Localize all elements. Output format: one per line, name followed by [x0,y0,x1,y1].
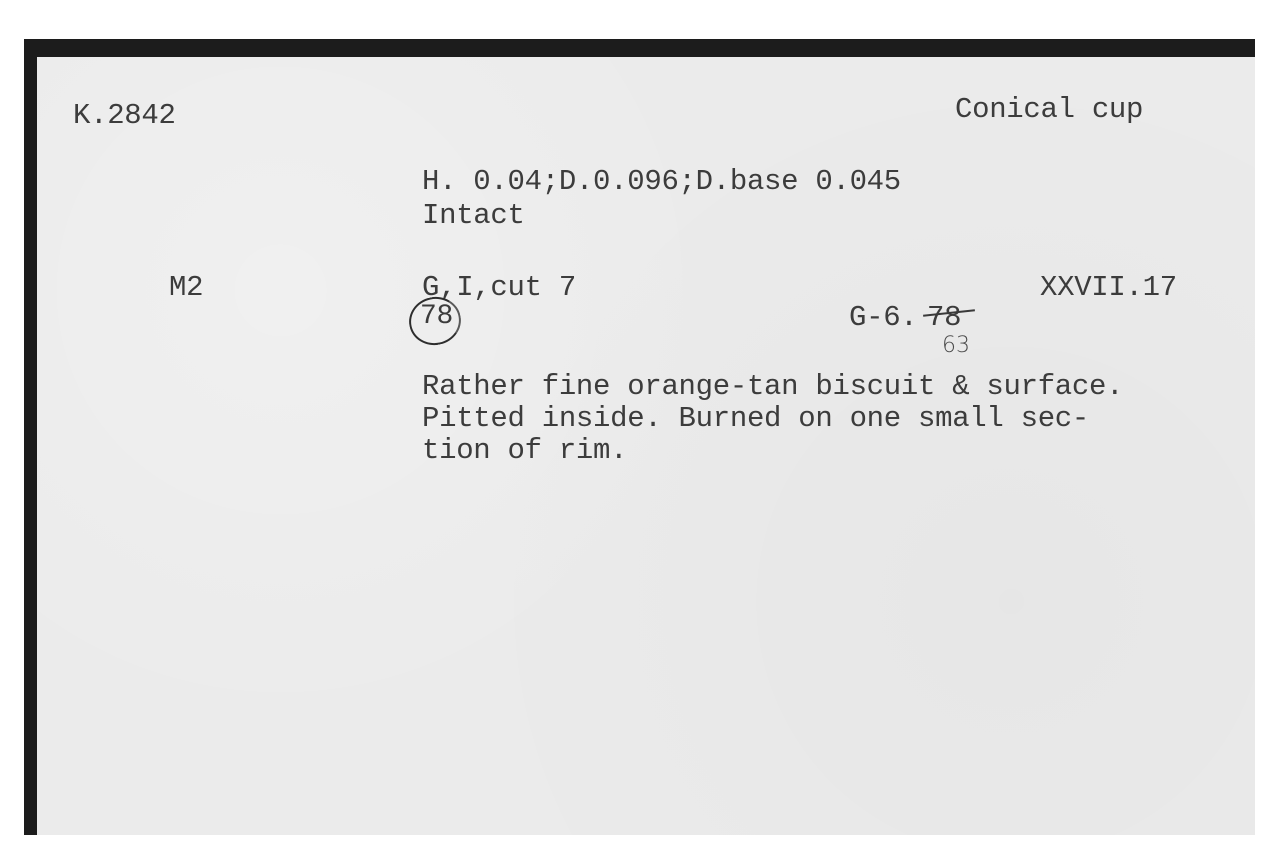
catalog-number: K.2842 [73,101,176,130]
inventory-struck-number: 78 [927,303,961,332]
description-line: tion of rim. [422,434,627,467]
location-code: M2 [169,273,203,302]
dimensions: H. 0.04;D.0.096;D.base 0.045 [422,167,901,196]
description-line: Rather fine orange-tan biscuit & surface… [422,370,1123,403]
description: Rather fine orange-tan biscuit & surface… [422,371,1123,467]
circled-number: 78 [420,303,453,331]
reference-number: XXVII.17 [1040,273,1177,302]
inventory-prefix: G-6. [849,303,917,332]
object-type: Conical cup [955,95,1143,124]
inventory-corrected-number: 63 [942,333,970,358]
condition: Intact [422,201,525,230]
description-line: Pitted inside. Burned on one small sec- [422,402,1089,435]
catalog-card: K.2842 Conical cup H. 0.04;D.0.096;D.bas… [37,57,1255,835]
